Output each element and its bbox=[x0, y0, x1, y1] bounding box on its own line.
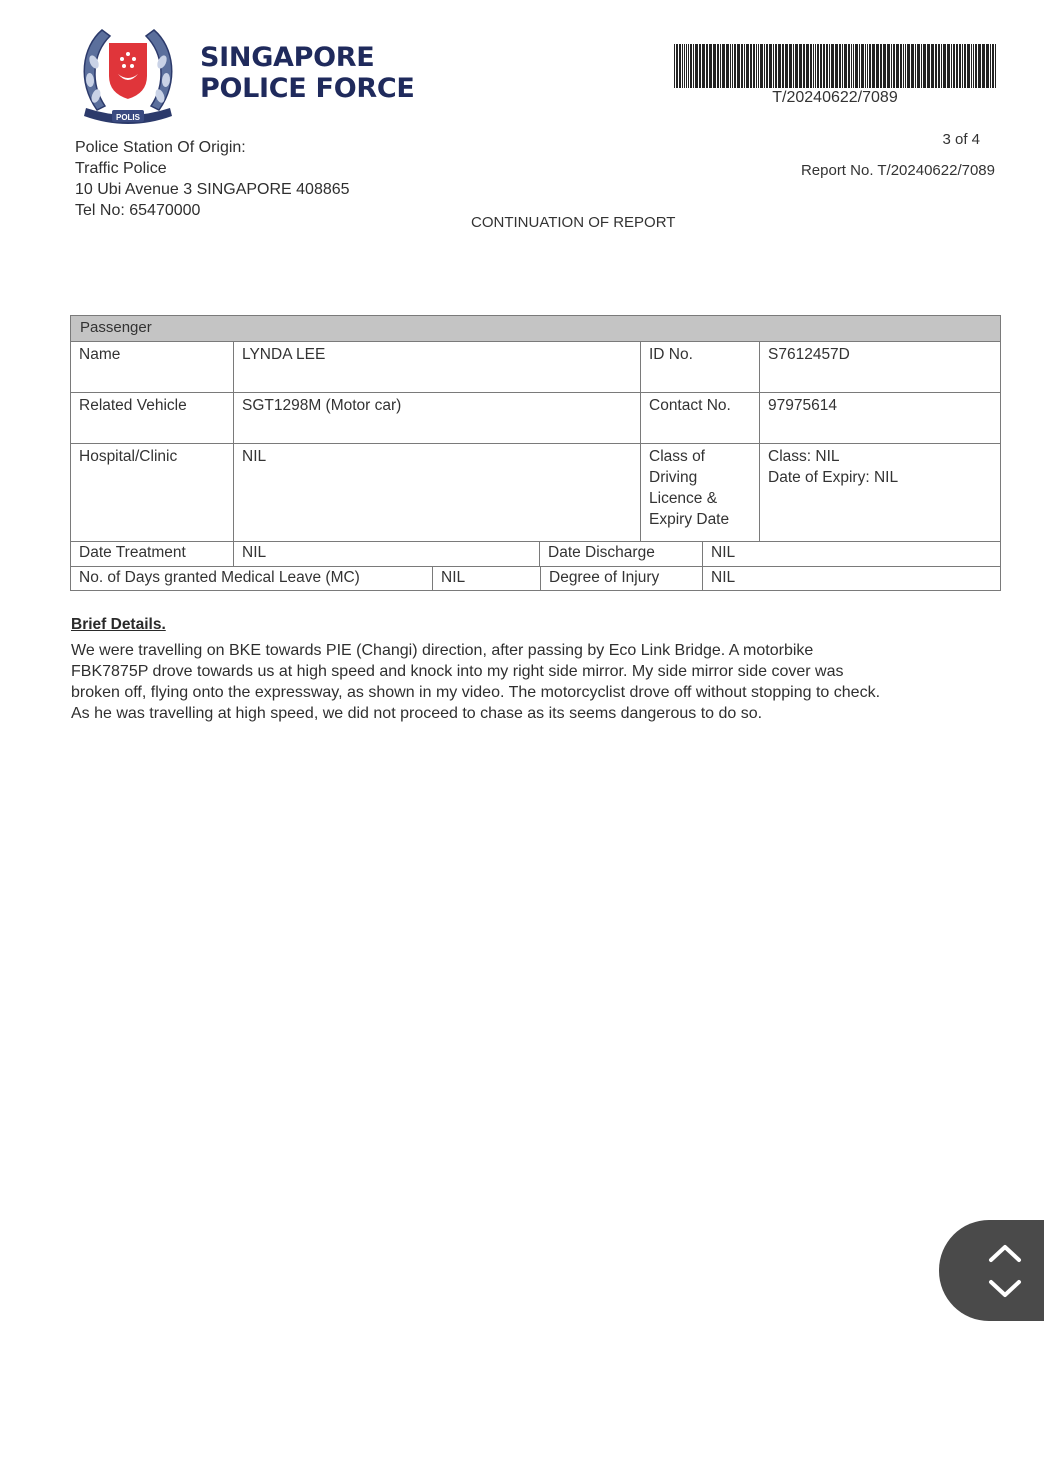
table-row: No. of Days granted Medical Leave (MC) N… bbox=[71, 566, 1000, 590]
origin-address: 10 Ubi Avenue 3 SINGAPORE 408865 bbox=[75, 179, 350, 200]
document-title: CONTINUATION OF REPORT bbox=[471, 214, 675, 231]
brand-wordmark: SINGAPORE POLICE FORCE bbox=[200, 42, 415, 104]
contact-value: 97975614 bbox=[760, 393, 1000, 443]
police-crest-logo: POLIS bbox=[72, 22, 184, 130]
report-number: Report No. T/20240622/7089 bbox=[801, 162, 995, 179]
hospital-label: Hospital/Clinic bbox=[71, 444, 234, 541]
barcode-text: T/20240622/7089 bbox=[674, 89, 996, 107]
licence-label: Class of Driving Licence & Expiry Date bbox=[641, 444, 760, 541]
vehicle-label: Related Vehicle bbox=[71, 393, 234, 443]
chevron-up-icon bbox=[987, 1238, 1023, 1268]
passenger-table: Passenger Name LYNDA LEE ID No. S7612457… bbox=[70, 315, 1001, 591]
station-of-origin: Police Station Of Origin: Traffic Police… bbox=[75, 137, 350, 221]
table-row: Related Vehicle SGT1298M (Motor car) Con… bbox=[71, 393, 1000, 444]
licence-class: Class: NIL bbox=[768, 446, 992, 467]
licence-label-line: Driving bbox=[649, 467, 751, 488]
licence-label-line: Class of bbox=[649, 446, 751, 467]
svg-text:POLIS: POLIS bbox=[116, 113, 141, 122]
licence-label-line: Expiry Date bbox=[649, 509, 751, 530]
brand-line-1: SINGAPORE bbox=[200, 42, 415, 73]
barcode bbox=[674, 44, 996, 88]
mc-value: NIL bbox=[433, 567, 541, 590]
date-discharge-value: NIL bbox=[703, 542, 1000, 566]
date-discharge-label: Date Discharge bbox=[540, 542, 703, 566]
table-row: Date Treatment NIL Date Discharge NIL bbox=[71, 542, 1000, 566]
licence-expiry: Date of Expiry: NIL bbox=[768, 467, 992, 488]
licence-label-line: Licence & bbox=[649, 488, 751, 509]
injury-value: NIL bbox=[703, 567, 1000, 590]
brief-details-heading: Brief Details. bbox=[71, 616, 166, 634]
name-label: Name bbox=[71, 342, 234, 392]
name-value: LYNDA LEE bbox=[234, 342, 641, 392]
id-value: S7612457D bbox=[760, 342, 1000, 392]
injury-label: Degree of Injury bbox=[541, 567, 703, 590]
brief-line: FBK7875P drove towards us at high speed … bbox=[71, 661, 1011, 682]
vehicle-value: SGT1298M (Motor car) bbox=[234, 393, 641, 443]
brief-line: We were travelling on BKE towards PIE (C… bbox=[71, 640, 1011, 661]
id-label: ID No. bbox=[641, 342, 760, 392]
date-treatment-label: Date Treatment bbox=[71, 542, 234, 566]
origin-station: Traffic Police bbox=[75, 158, 350, 179]
scroll-down-button[interactable] bbox=[987, 1274, 1023, 1304]
contact-label: Contact No. bbox=[641, 393, 760, 443]
page-count: 3 of 4 bbox=[942, 131, 980, 148]
scroll-up-button[interactable] bbox=[987, 1238, 1023, 1268]
brand-line-2: POLICE FORCE bbox=[200, 73, 415, 104]
origin-label: Police Station Of Origin: bbox=[75, 137, 350, 158]
brief-line: broken off, flying onto the expressway, … bbox=[71, 682, 1011, 703]
origin-tel: Tel No: 65470000 bbox=[75, 200, 350, 221]
chevron-down-icon bbox=[987, 1274, 1023, 1304]
brief-line: As he was travelling at high speed, we d… bbox=[71, 703, 1011, 724]
table-row: Name LYNDA LEE ID No. S7612457D bbox=[71, 342, 1000, 393]
hospital-value: NIL bbox=[234, 444, 641, 541]
licence-value: Class: NIL Date of Expiry: NIL bbox=[760, 444, 1000, 541]
passenger-section-title: Passenger bbox=[71, 316, 1000, 342]
table-row: Hospital/Clinic NIL Class of Driving Lic… bbox=[71, 444, 1000, 542]
date-treatment-value: NIL bbox=[234, 542, 540, 566]
brief-details-text: We were travelling on BKE towards PIE (C… bbox=[71, 640, 1011, 724]
mc-label: No. of Days granted Medical Leave (MC) bbox=[71, 567, 433, 590]
page-scroll-control bbox=[939, 1220, 1044, 1321]
